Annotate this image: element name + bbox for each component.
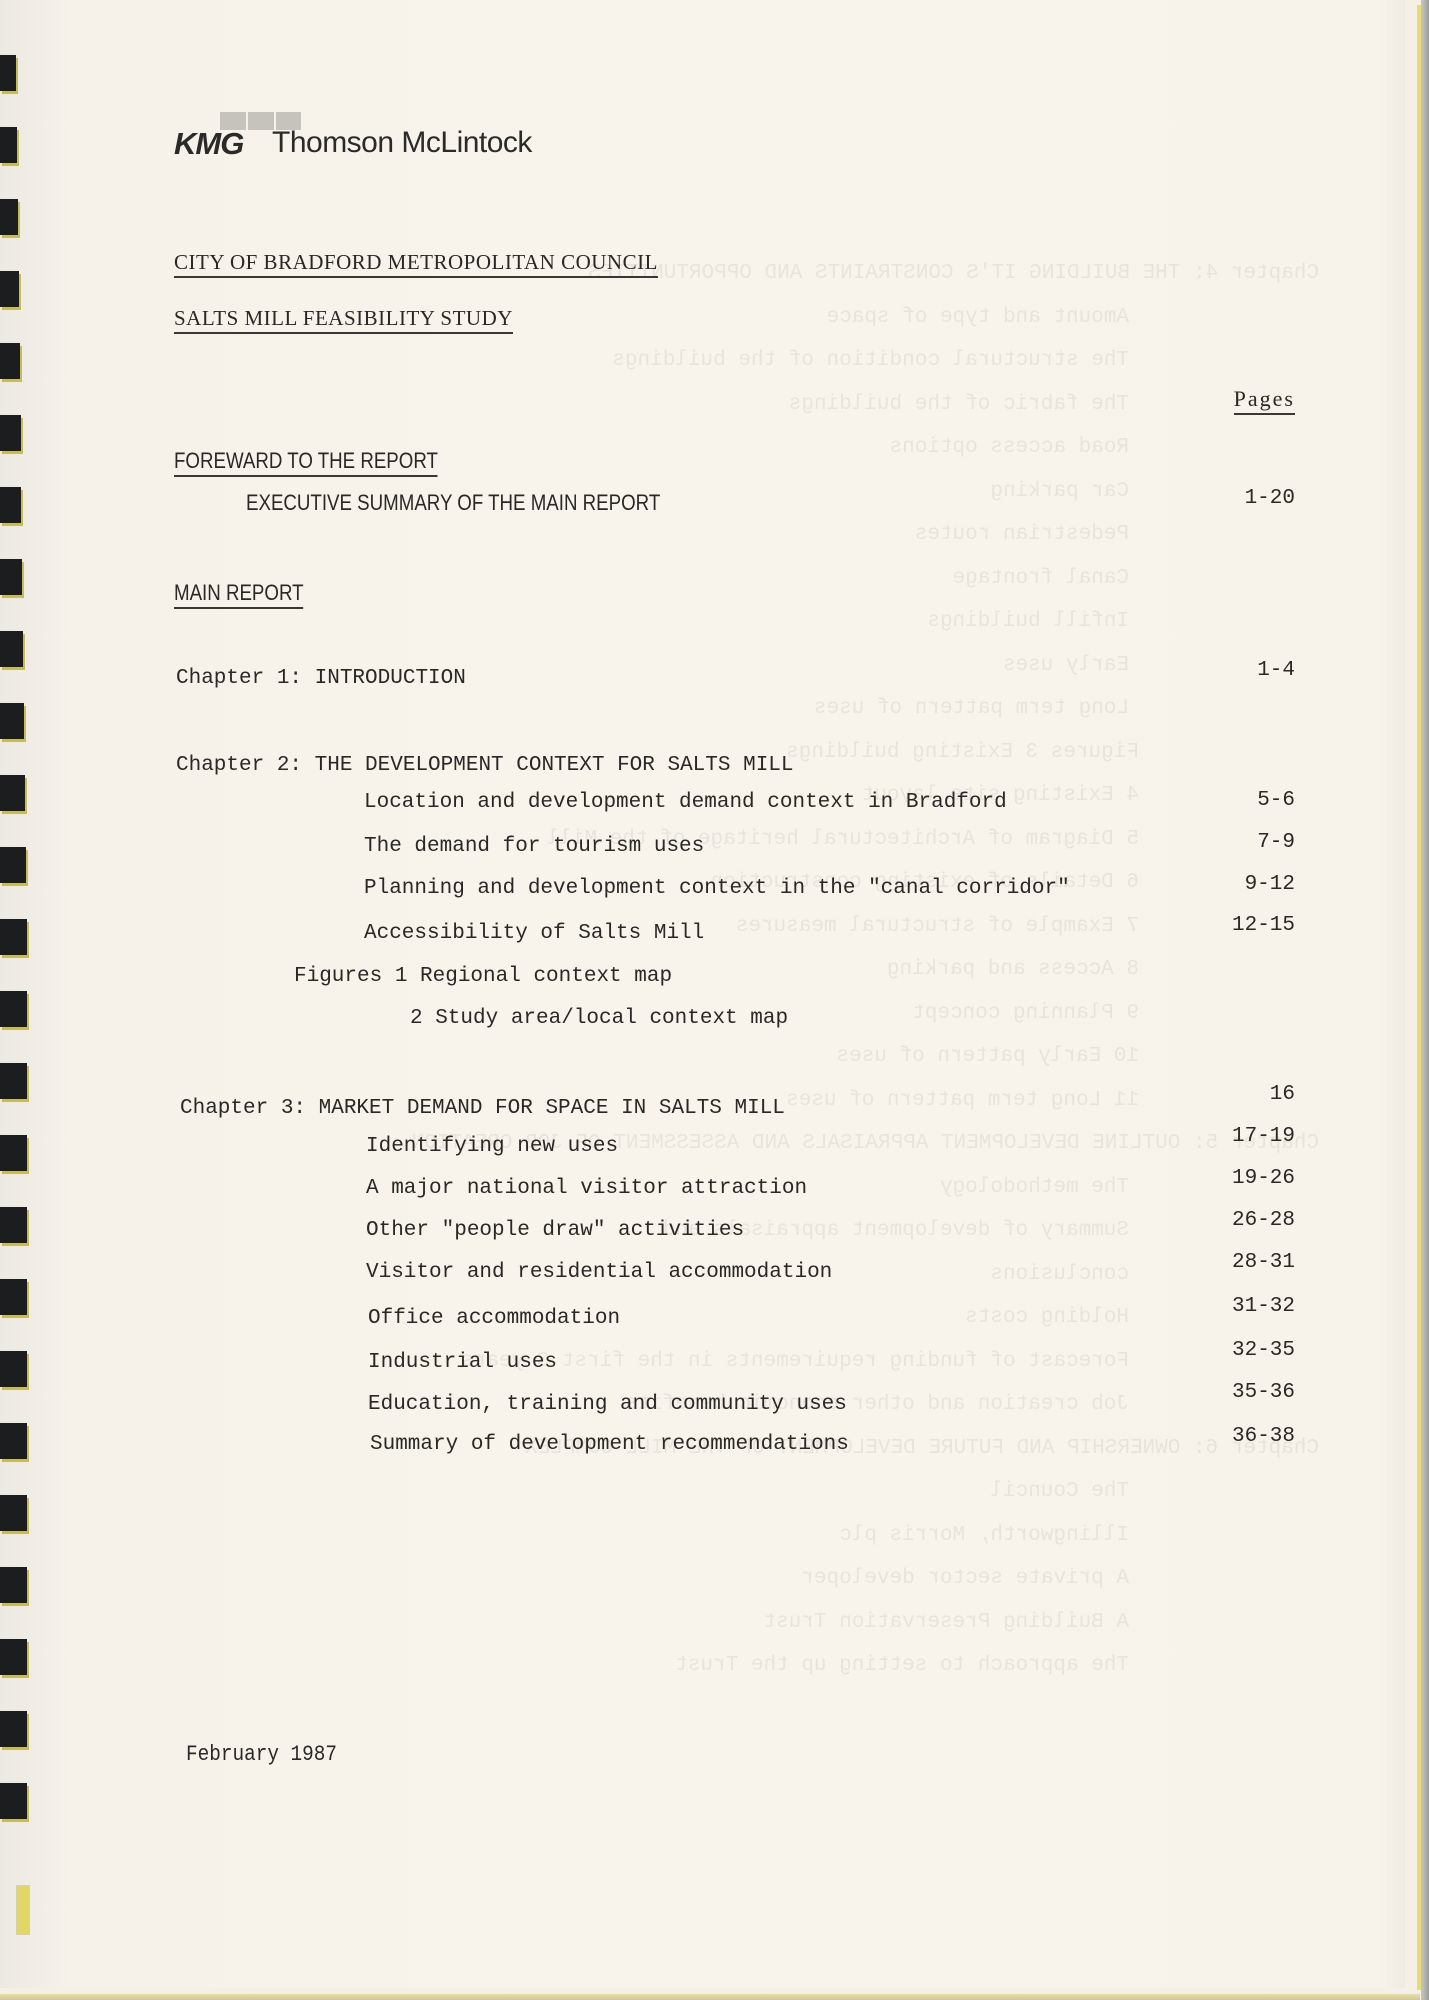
page-bottom-edge: [0, 1994, 1420, 2000]
binding-hole: [0, 775, 25, 811]
toc-entry: Summary of development recommendations: [370, 1434, 849, 1455]
binding-hole: [0, 343, 20, 379]
binding-hole: [0, 1279, 27, 1315]
toc-entry-pages: 26-28: [1232, 1210, 1295, 1231]
toc-entry: Identifying new uses: [366, 1136, 618, 1157]
toc-entry: Education, training and community uses: [368, 1394, 847, 1415]
binding-hole: [0, 1351, 27, 1387]
toc-entry-pages: 5-6: [1257, 790, 1295, 811]
binding-hole: [0, 1495, 27, 1531]
toc-entry-pages: 12-15: [1232, 915, 1295, 936]
exec-summary-pages: 1-20: [1245, 488, 1295, 509]
toc-entry-pages: 32-35: [1232, 1340, 1295, 1361]
report-date: February 1987: [186, 1744, 337, 1766]
document-page: [0, 0, 1405, 1988]
logo-firm-name: Thomson McLintock: [272, 126, 532, 160]
binding-hole-empty: [16, 1885, 30, 1935]
main-report-heading: MAIN REPORT: [174, 582, 304, 609]
binding-hole: [0, 703, 24, 739]
toc-entry: Accessibility of Salts Mill: [364, 923, 704, 944]
binding-hole: [0, 1711, 27, 1747]
binding-hole: [0, 1783, 27, 1819]
binding-hole: [0, 55, 16, 91]
figure-entry: Figures 1 Regional context map: [294, 966, 672, 987]
chapter-1-title: Chapter 1: INTRODUCTION: [176, 668, 466, 689]
chapter-1-pages: 1-4: [1257, 660, 1295, 681]
foreword-heading: FOREWARD TO THE REPORT: [174, 450, 438, 477]
binding-hole: [0, 487, 21, 523]
binding-hole: [0, 919, 27, 955]
toc-entry-pages: 9-12: [1245, 874, 1295, 895]
toc-entry-pages: 17-19: [1232, 1126, 1295, 1147]
binding-hole: [0, 1639, 27, 1675]
binding-hole: [0, 991, 27, 1027]
toc-entry: A major national visitor attraction: [366, 1178, 807, 1199]
binding-hole: [0, 847, 26, 883]
binding-hole: [0, 559, 22, 595]
toc-entry: Visitor and residential accommodation: [366, 1262, 832, 1283]
figure-entry: 2 Study area/local context map: [410, 1008, 788, 1029]
client-title: CITY OF BRADFORD METROPOLITAN COUNCIL: [174, 252, 658, 278]
binding-hole: [0, 1207, 27, 1243]
binding-hole: [0, 415, 21, 451]
study-title: SALTS MILL FEASIBILITY STUDY: [174, 308, 513, 334]
logo-mark: KMG: [174, 126, 243, 162]
binding-hole: [0, 199, 18, 235]
toc-entry-pages: 19-26: [1232, 1168, 1295, 1189]
binding-hole: [0, 271, 19, 307]
binding-hole: [0, 1135, 27, 1171]
chapter-3-title: Chapter 3: MARKET DEMAND FOR SPACE IN SA…: [180, 1098, 785, 1119]
toc-entry-pages: 36-38: [1232, 1426, 1295, 1447]
toc-entry: The demand for tourism uses: [364, 836, 704, 857]
toc-entry: Industrial uses: [368, 1352, 557, 1373]
toc-entry: Office accommodation: [368, 1308, 620, 1329]
toc-entry-pages: 7-9: [1257, 832, 1295, 853]
toc-entry-pages: 35-36: [1232, 1382, 1295, 1403]
toc-entry-pages: 31-32: [1232, 1296, 1295, 1317]
chapter-3-pages: 16: [1270, 1084, 1295, 1105]
pages-column-header: Pages: [1234, 388, 1295, 415]
exec-summary-entry: EXECUTIVE SUMMARY OF THE MAIN REPORT: [246, 492, 660, 514]
toc-entry-pages: 28-31: [1232, 1252, 1295, 1273]
binding-hole: [0, 1567, 27, 1603]
binder-edge: [1421, 0, 1429, 2000]
toc-entry: Other "people draw" activities: [366, 1220, 744, 1241]
toc-entry: Location and development demand context …: [364, 792, 1007, 813]
binding-hole: [0, 1063, 27, 1099]
binding-hole: [0, 1423, 27, 1459]
chapter-2-title: Chapter 2: THE DEVELOPMENT CONTEXT FOR S…: [176, 755, 794, 776]
binding-hole: [0, 631, 23, 667]
binding-hole: [0, 127, 17, 163]
toc-entry: Planning and development context in the …: [364, 878, 1070, 899]
